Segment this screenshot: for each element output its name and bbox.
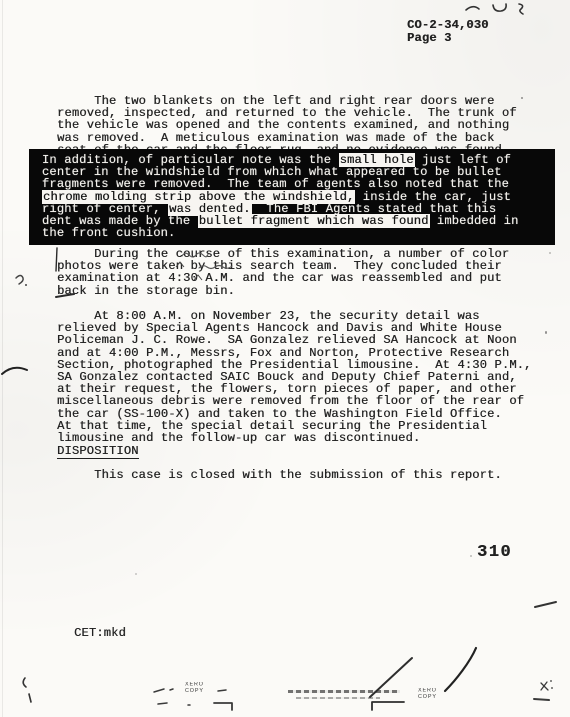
pen-tick-left-of-paragraph — [54, 247, 59, 273]
highlight-inverted-block: In addition, of particular note was the … — [30, 150, 554, 244]
highlighted-phrase: bullet fragment which was found — [198, 214, 430, 228]
typist-initials: CET:mkd — [74, 627, 126, 639]
smudge-streak-2 — [296, 697, 380, 699]
noise-speck — [521, 97, 523, 99]
inverted-text-line: chrome molding strip above the windshiel… — [42, 191, 554, 203]
closing-statement: This case is closed with the submission … — [57, 469, 502, 481]
scanned-document-page: CO-2-34,030Page 3 The two blankets on th… — [0, 0, 570, 717]
copy-text: COPY — [185, 688, 204, 693]
xero-copy-stamp-right-text: XEROCOPY — [418, 688, 437, 700]
paragraph-examination: The two blankets on the left and right r… — [57, 95, 517, 156]
caret-mark-2 — [193, 274, 203, 281]
noise-speck — [470, 555, 472, 557]
handwritten-annotation-scribble-2 — [197, 263, 235, 271]
xero-text: XERO — [185, 682, 204, 687]
pen-dash-below-paragraph — [55, 292, 77, 300]
scan-edge-artifact — [2, 0, 3, 717]
document-header: CO-2-34,030Page 3 — [407, 19, 489, 44]
xero-copy-stamp-left — [152, 681, 267, 714]
disposition-heading: DISPOSITION — [57, 445, 139, 459]
smudge-streak-1 — [288, 690, 400, 693]
noise-speck — [135, 573, 137, 575]
xero-text: XERO — [418, 688, 437, 693]
xero-copy-stamp-right — [330, 655, 460, 713]
page-label: Page 3 — [407, 31, 451, 45]
inverted-text-line: the front cushion. — [42, 227, 554, 239]
caret-mark-1 — [175, 261, 185, 268]
handwritten-annotation-scribble-1 — [180, 250, 210, 259]
disposition-heading-text: DISPOSITION — [57, 445, 139, 459]
paragraph-photos: During the course of this examination, a… — [57, 248, 509, 297]
xero-copy-stamp-left-text: XEROCOPY — [185, 682, 204, 694]
margin-arc-mark — [1, 362, 31, 377]
noise-speck — [545, 331, 547, 334]
page-number-stamp: 310 — [477, 547, 512, 559]
copy-text: COPY — [418, 694, 437, 699]
inverted-text-line: fragments were removed. The team of agen… — [42, 178, 554, 190]
pen-dash-right — [533, 599, 559, 610]
handwritten-scribble-top-right — [463, 1, 531, 16]
bottom-left-pen-marks — [16, 676, 36, 706]
paragraph-security-detail: At 8:00 A.M. on November 23, the securit… — [57, 310, 531, 444]
noise-speck — [549, 252, 551, 254]
margin-scribble-mark — [13, 273, 31, 289]
bottom-right-stamp-marks — [531, 678, 565, 704]
